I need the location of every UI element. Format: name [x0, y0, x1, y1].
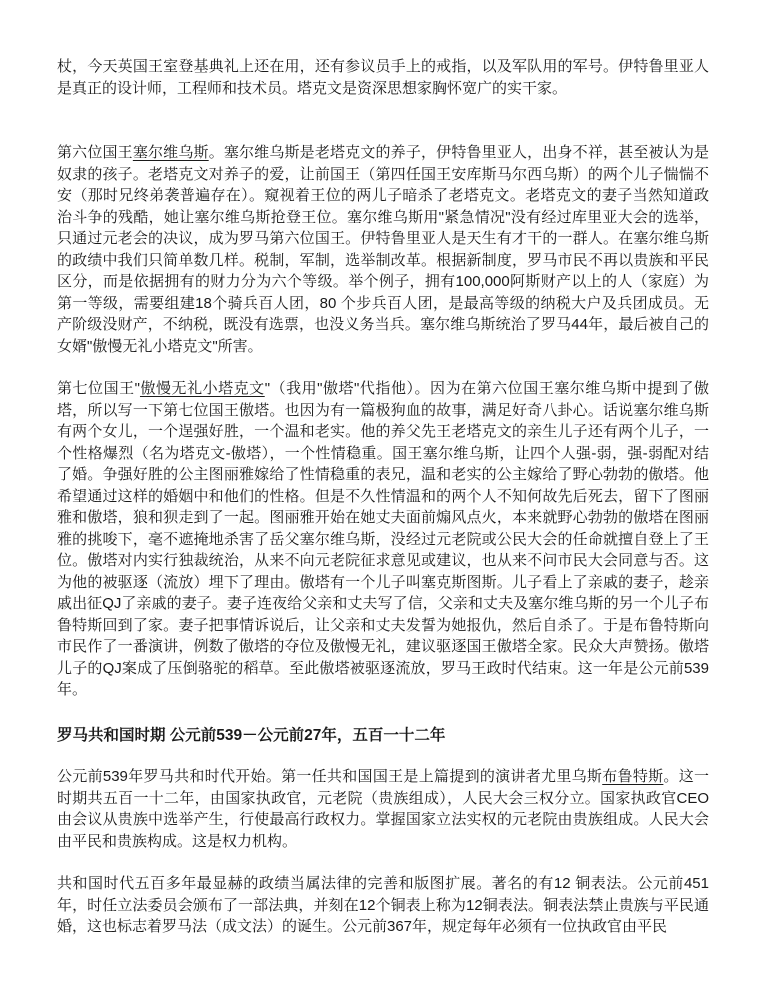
paragraph-republic-start: 公元前539年罗马共和时代开始。第一任共和国国王是上篇提到的演讲者尤里乌斯布鲁特… — [57, 766, 709, 852]
paragraph-sixth-king-body: 。塞尔维乌斯是老塔克文的养子，伊特鲁里亚人，出身不祥，甚至被认为是奴隶的孩子。老… — [57, 144, 709, 355]
document-page: 杖，今天英国王室登基典礼上还在用，还有参议员手上的戒指，以及军队用的军号。伊特鲁… — [57, 56, 709, 959]
paragraph-seventh-king: 第七位国王"傲慢无礼小塔克文"（我用"傲塔"代指他）。因为在第六位国王塞尔维乌斯… — [57, 378, 709, 701]
paragraph-republic-start-pre: 公元前539年罗马共和时代开始。第一任共和国国王是上篇提到的演讲者尤里乌斯 — [57, 768, 602, 785]
paragraph-intro-text: 杖，今天英国王室登基典礼上还在用，还有参议员手上的戒指，以及军队用的军号。伊特鲁… — [57, 58, 709, 97]
underlined-name-brutus: 布鲁特斯 — [602, 768, 663, 785]
paragraph-seventh-king-pre: 第七位国王" — [57, 380, 140, 397]
paragraph-intro: 杖，今天英国王室登基典礼上还在用，还有参议员手上的戒指，以及军队用的军号。伊特鲁… — [57, 56, 709, 99]
paragraph-sixth-king-pre: 第六位国王 — [57, 144, 133, 161]
paragraph-twelve-tables: 共和国时代五百多年最显赫的政绩当属法律的完善和版图扩展。著名的有12 铜表法。公… — [57, 873, 709, 938]
paragraph-sixth-king: 第六位国王塞尔维乌斯。塞尔维乌斯是老塔克文的养子，伊特鲁里亚人，出身不祥，甚至被… — [57, 142, 709, 357]
section-heading-republic-period: 罗马共和国时期 公元前539－公元前27年，五百一十二年 — [57, 725, 709, 747]
paragraph-seventh-king-body: "（我用"傲塔"代指他）。因为在第六位国王塞尔维乌斯中提到了傲塔，所以写一下第七… — [57, 380, 709, 698]
underlined-name-servius: 塞尔维乌斯 — [133, 144, 209, 161]
underlined-name-tarquin: 傲慢无礼小塔克文 — [140, 380, 265, 397]
paragraph-twelve-tables-text: 共和国时代五百多年最显赫的政绩当属法律的完善和版图扩展。著名的有12 铜表法。公… — [57, 875, 709, 935]
